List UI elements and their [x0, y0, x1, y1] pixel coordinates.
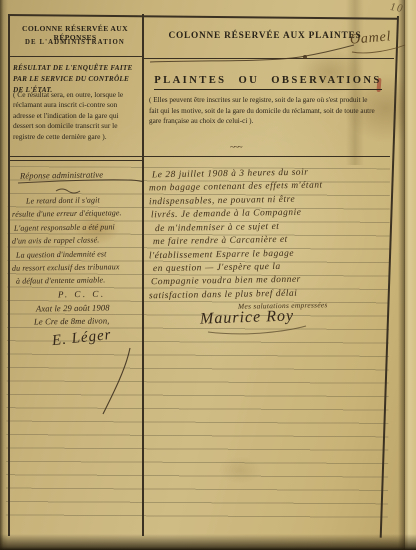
- response-line: Le retard dont il s'agit: [26, 195, 100, 205]
- printed-section-bottom-line-2: [8, 160, 143, 161]
- response-line: Le Cre de 8me divon,: [34, 315, 110, 326]
- decorative-dash: ~~~: [230, 142, 270, 152]
- left-header-bottom-line: [8, 56, 143, 57]
- complainant-signature: Maurice Roy: [200, 307, 295, 328]
- result-note: ( Ce résultat sera, en outre, lorsque le…: [13, 90, 139, 142]
- printed-section-bottom-line: [8, 156, 390, 157]
- plaintes-title-text: PLAINTES OU OBSERVATIONS: [154, 75, 381, 90]
- plaintes-title: PLAINTES OU OBSERVATIONS: [150, 70, 386, 90]
- response-line: à défaut d'entente amiable.: [16, 275, 105, 285]
- right-column-header: COLONNE RÉSERVÉE AUX PLAINTES: [150, 31, 380, 41]
- response-line: L'agent responsable a été puni: [14, 222, 115, 232]
- response-line: du ressort exclusif des tribunaux: [12, 262, 120, 272]
- register-page-scan: 10 Oamel COLONNE RÉSERVÉE AUX RÉPONSES D…: [0, 0, 416, 550]
- page-number: 10: [389, 1, 405, 15]
- response-line: d'un avis de rappel classé.: [12, 235, 99, 245]
- response-line: P. C. C.: [58, 289, 106, 300]
- bottom-shadow: [0, 534, 416, 550]
- response-line: résulte d'une erreur d'étiquetage.: [12, 208, 122, 219]
- frame-top-line: [8, 14, 398, 20]
- page-edge-shadow: [398, 0, 405, 550]
- response-line: Réponse administrative: [20, 169, 103, 180]
- plaintes-note: ( Elles peuvent être inscrites sur le re…: [149, 95, 377, 127]
- response-line: La question d'indemnité est: [16, 249, 107, 259]
- right-header-bottom-line: [142, 58, 394, 59]
- left-column-header-line2: DE L'ADMINISTRATION: [10, 39, 140, 46]
- frame-left-line: [8, 14, 10, 536]
- response-line: Axat le 29 août 1908: [36, 302, 110, 313]
- next-page-edge: [404, 0, 416, 550]
- column-divider-line: [142, 14, 144, 536]
